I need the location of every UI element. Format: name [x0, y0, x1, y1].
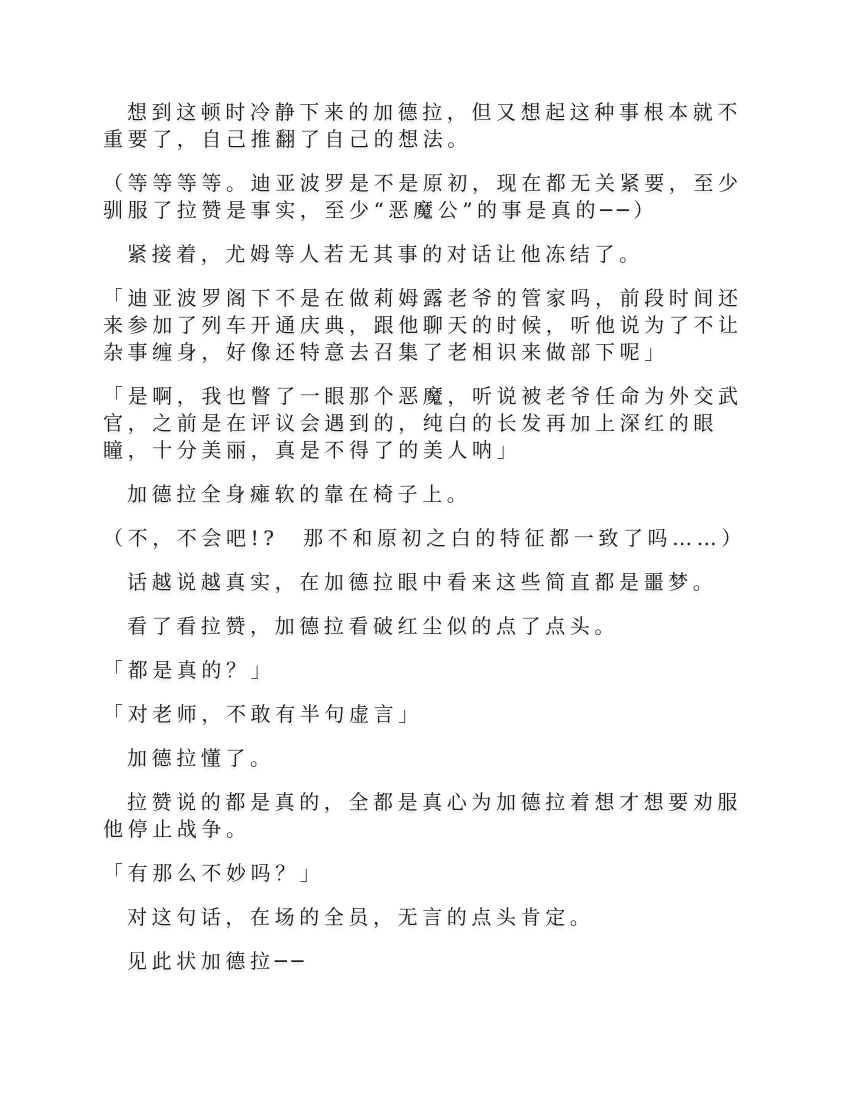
paragraph-narration: 加德拉全身瘫软的靠在椅子上。: [103, 481, 748, 508]
document-page: 想到这顿时冷静下来的加德拉，但又想起这种事根本就不重要了，自己推翻了自己的想法。…: [103, 99, 748, 992]
paragraph-narration: 想到这顿时冷静下来的加德拉，但又想起这种事根本就不重要了，自己推翻了自己的想法。: [103, 99, 748, 153]
paragraph-dialogue: 「对老师，不敢有半句虚言」: [103, 701, 748, 728]
paragraph-dialogue: 「迪亚波罗阁下不是在做莉姆露老爷的管家吗，前段时间还来参加了列车开通庆典，跟他聊…: [103, 285, 748, 366]
paragraph-dialogue: 「是啊，我也瞥了一眼那个恶魔，听说被老爷任命为外交武官，之前是在评议会遇到的，纯…: [103, 383, 748, 464]
paragraph-narration: 拉赞说的都是真的，全都是真心为加德拉着想才想要劝服他停止战争。: [103, 789, 748, 843]
paragraph-narration: 对这句话，在场的全员，无言的点头肯定。: [103, 904, 748, 931]
paragraph-narration: 看了看拉赞，加德拉看破红尘似的点了点头。: [103, 613, 748, 640]
paragraph-narration: 话越说越真实，在加德拉眼中看来这些简直都是噩梦。: [103, 569, 748, 596]
paragraph-narration: 紧接着，尤姆等人若无其事的对话让他冻结了。: [103, 241, 748, 268]
paragraph-inner-thought: （等等等等。迪亚波罗是不是原初，现在都无关紧要，至少驯服了拉赞是事实，至少“恶魔…: [103, 170, 748, 224]
paragraph-dialogue: 「有那么不妙吗？」: [103, 860, 748, 887]
paragraph-narration: 加德拉懂了。: [103, 745, 748, 772]
paragraph-inner-thought: （不，不会吧!? 那不和原初之白的特征都一致了吗……）: [103, 525, 748, 552]
paragraph-dialogue: 「都是真的？」: [103, 657, 748, 684]
paragraph-narration: 见此状加德拉──: [103, 948, 748, 975]
